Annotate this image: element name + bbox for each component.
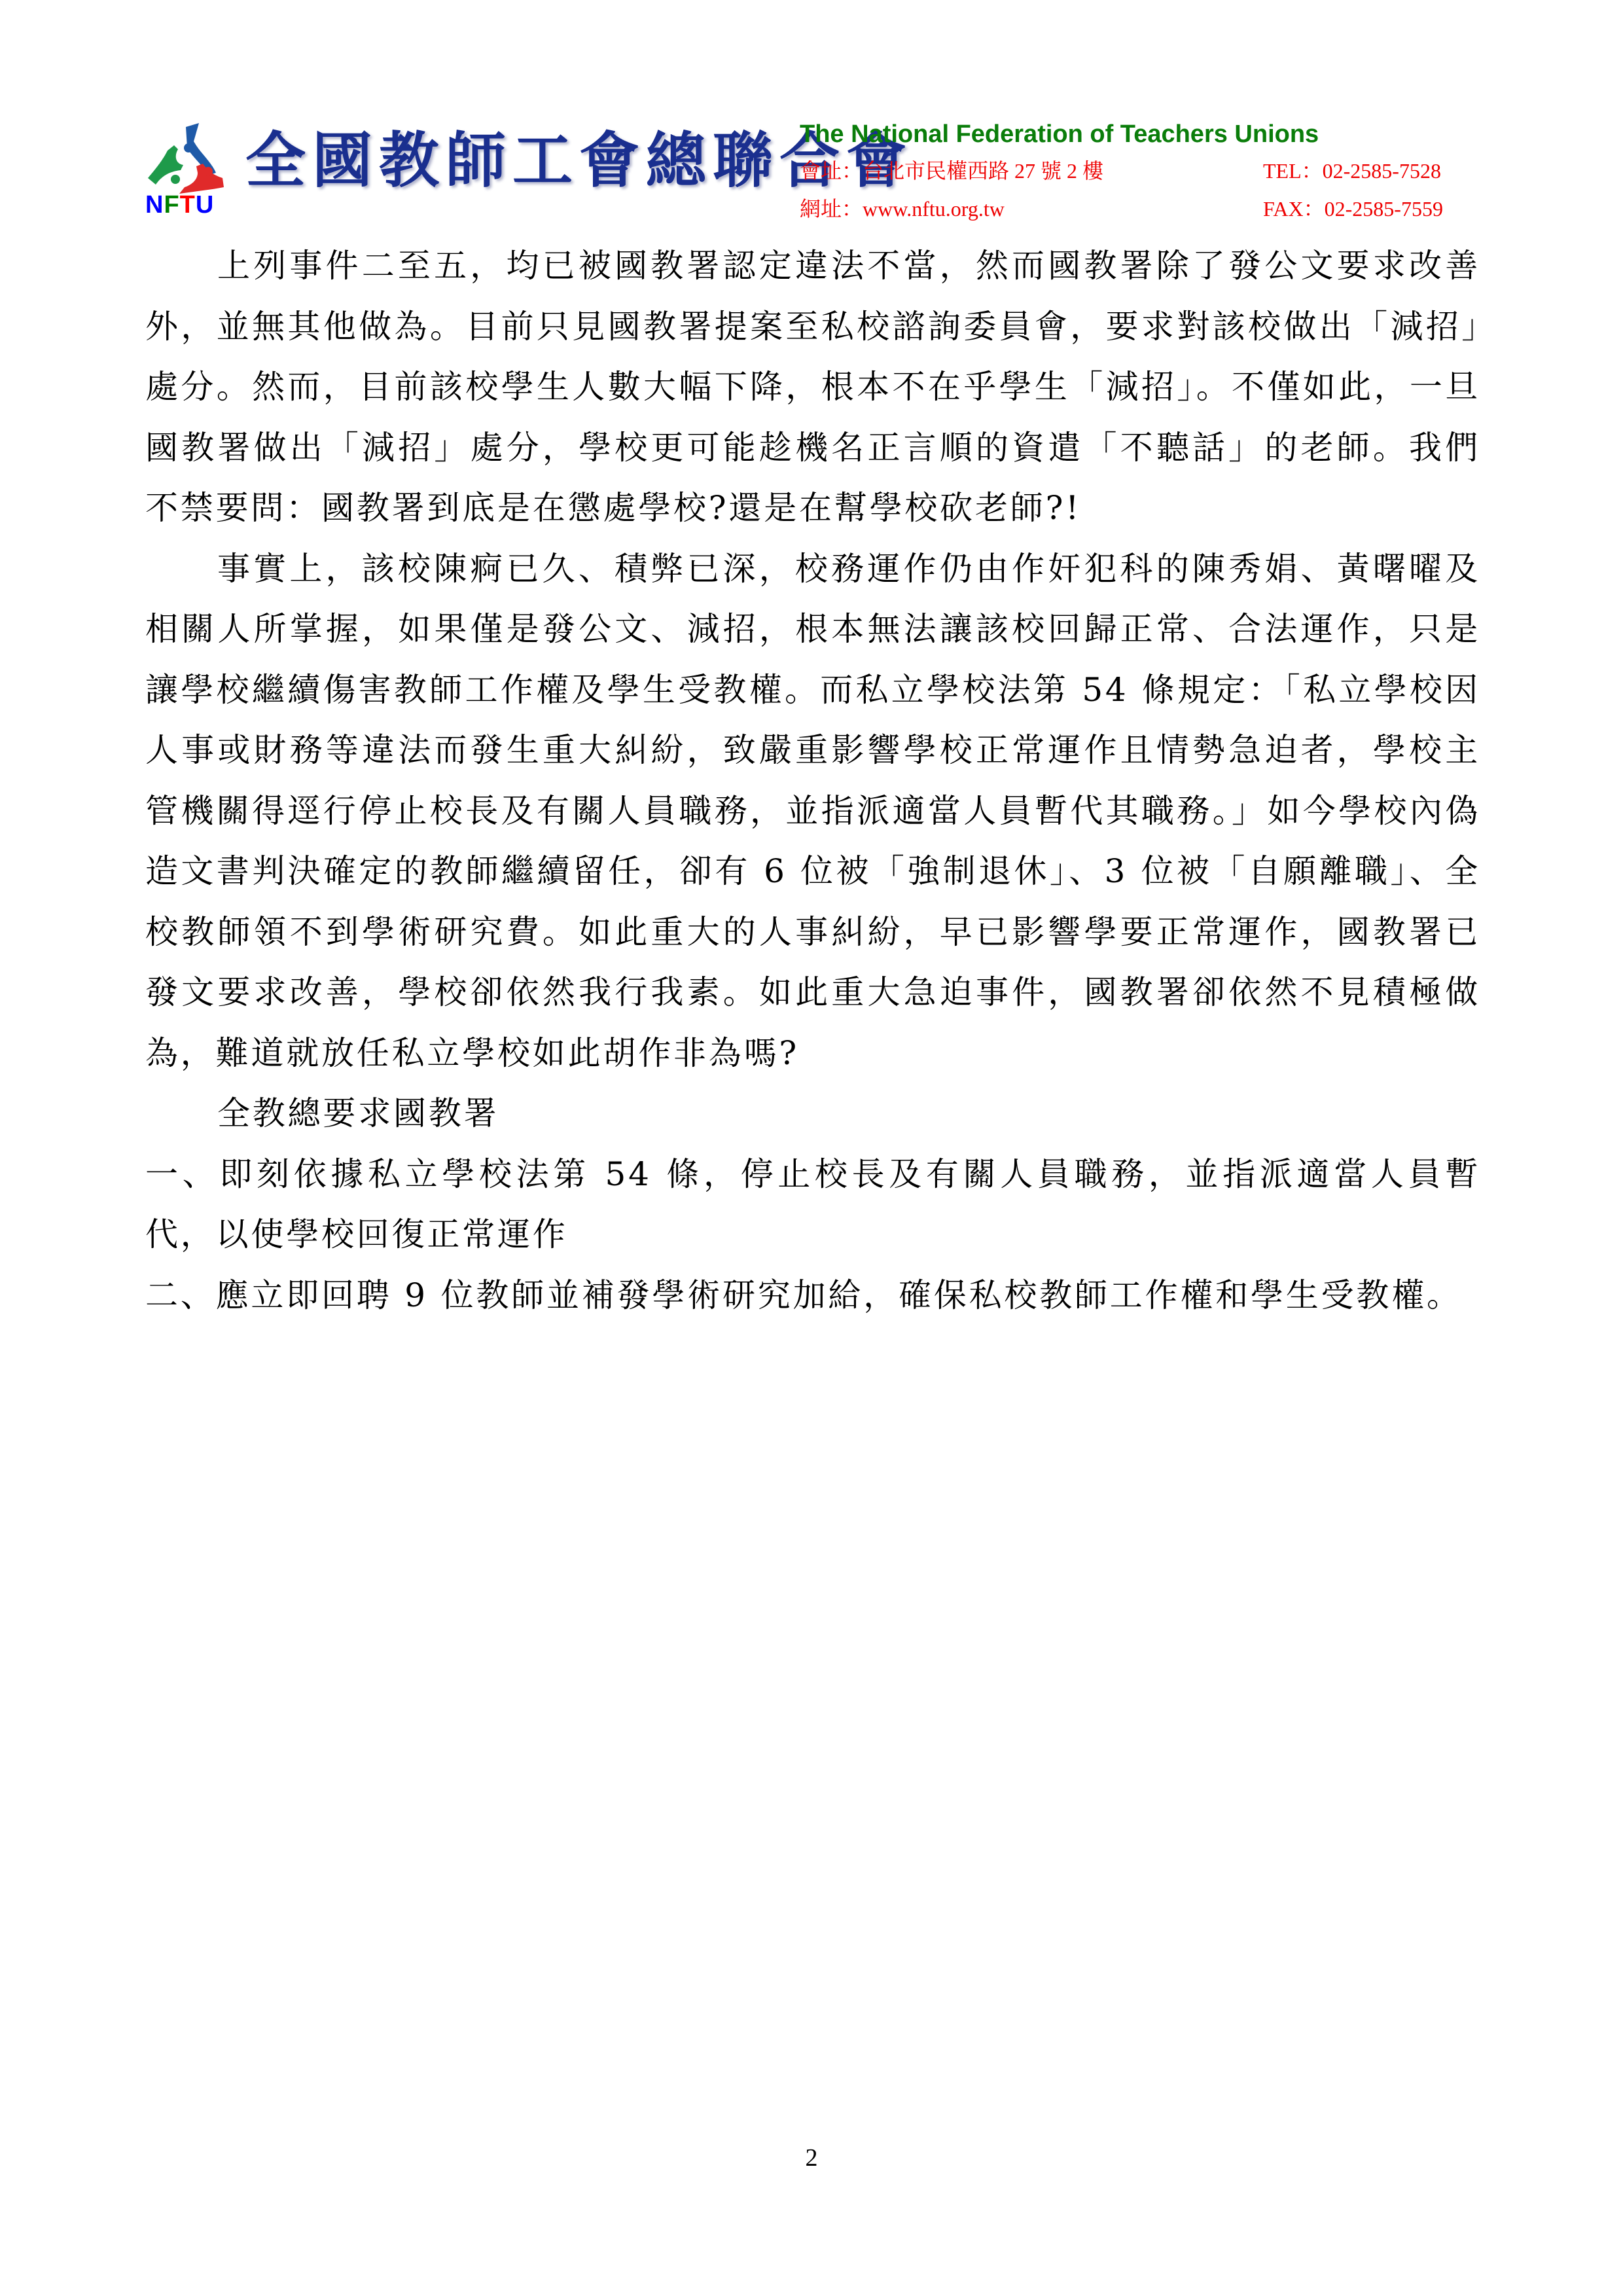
org-telephone: TEL：02-2585-7528 [1263, 154, 1441, 185]
logo-letter-f: F [164, 192, 179, 218]
logo-letter-t: T [180, 192, 196, 218]
demand-item-1: 一、即刻依據私立學校法第 54 條，停止校長及有關人員職務，並指派適當人員暫代，… [145, 1144, 1480, 1265]
paragraph-demands-heading: 全教總要求國教署 [145, 1083, 1480, 1144]
logo-letter-n: N [145, 192, 164, 218]
logo-letter-u: U [196, 192, 214, 218]
org-name-english: The National Federation of Teachers Unio… [800, 120, 1319, 149]
nftu-abbrev: NFTU [145, 192, 214, 218]
org-address: 會址：台北市民權西路 27 號 2 樓 [800, 154, 1103, 185]
letterhead: NFTU 全國教師工會總聯合會 The National Federation … [0, 0, 1623, 236]
paragraph-facts: 事實上，該校陳痾已久、積弊已深，校務運作仍由作奸犯科的陳秀娟、黃曙曜及相關人所掌… [145, 539, 1480, 1084]
org-fax: FAX：02-2585-7559 [1263, 192, 1443, 223]
nftu-logo-icon [145, 122, 230, 197]
page-number: 2 [0, 2144, 1623, 2172]
demand-item-2: 二、應立即回聘 9 位教師並補發學術研究加給，確保私校教師工作權和學生受教權。 [145, 1265, 1480, 1326]
paragraph-events-summary: 上列事件二至五，均已被國教署認定違法不當，然而國教署除了發公文要求改善外，並無其… [145, 236, 1480, 539]
org-website: 網址：www.nftu.org.tw [800, 192, 1005, 223]
document-body: 上列事件二至五，均已被國教署認定違法不當，然而國教署除了發公文要求改善外，並無其… [145, 236, 1480, 1325]
